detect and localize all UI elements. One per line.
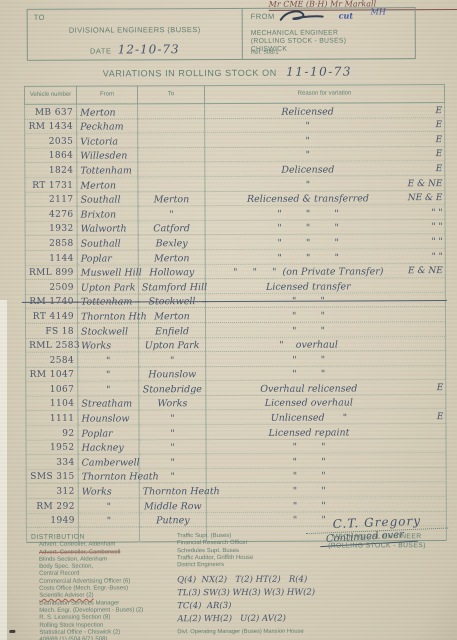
reason-text: " "	[209, 325, 442, 337]
vehicle-number: 2117	[49, 195, 74, 205]
to-cell: "	[170, 428, 174, 439]
document-title: VARIATIONS IN ROLLING STOCK ON 11-10-73	[0, 64, 456, 80]
from-cell: Works	[81, 341, 111, 352]
vehicle-number: 1144	[49, 253, 74, 263]
from-cell: Upton Park	[81, 282, 136, 293]
from-cell: "	[106, 384, 110, 395]
status-code: E	[436, 164, 443, 175]
status-code: " "	[431, 222, 442, 233]
signatory-role: MECHANICAL ENGINEER (ROLLING STOCK - BUS…	[306, 533, 448, 551]
vehicle-number: RT 4149	[33, 312, 74, 322]
addressee: DIVISIONAL ENGINEERS (BUSES)	[28, 25, 242, 35]
vehicle-number: FS 18	[45, 326, 74, 336]
to-cell: Stamford Hill	[142, 282, 207, 293]
from-cell: Tottenham	[81, 297, 133, 308]
reason-text: " "	[210, 485, 443, 497]
to-cell: Bexley	[156, 238, 188, 249]
from-cell: Poplar	[81, 253, 112, 264]
col-header-from: From	[76, 86, 137, 104]
reason-text: " overhaul	[209, 339, 442, 351]
status-code: " "	[432, 252, 443, 263]
vehicle-number: RM 1434	[29, 122, 74, 132]
date-line: DATE 12-10-73	[28, 42, 242, 57]
header-from-cell: FROM MECHANICAL ENGINEER (ROLLING STOCK …	[243, 8, 415, 59]
from-cell: "	[107, 501, 111, 512]
to-cell: Works	[157, 399, 187, 410]
to-cell: Upton Park	[145, 340, 200, 351]
vehicle-number: 92	[62, 428, 74, 438]
from-cell: Camberwell	[82, 457, 140, 468]
header-to-cell: TO DIVISIONAL ENGINEERS (BUSES) DATE 12-…	[28, 9, 243, 60]
vehicle-number: 334	[56, 458, 74, 468]
to-cell: Merton	[154, 253, 190, 264]
col-header-reason: Reason for variation	[204, 85, 444, 104]
vehicle-number: RM 1740	[29, 297, 74, 307]
to-cell: "	[170, 472, 174, 483]
recipient-item: District Engineers	[177, 562, 307, 570]
to-cell: Merton	[154, 311, 190, 322]
status-code: E & NE	[408, 179, 443, 190]
to-cell: Enfield	[155, 326, 189, 337]
to-label: TO	[34, 13, 45, 22]
to-cell: "	[170, 457, 174, 468]
vehicle-number: 2584	[50, 355, 75, 365]
reason-text: " "	[209, 368, 442, 380]
rolling-stock-table: Vehicle number From To Reason for variat…	[24, 84, 447, 543]
vehicle-number: RT 1731	[32, 180, 73, 190]
to-cell: Catford	[153, 224, 190, 235]
signature: C.T. Gregory	[306, 513, 449, 535]
reason-text: Unlicensed "	[209, 412, 442, 424]
from-cell: Poplar	[81, 428, 112, 439]
signature-block: C.T. Gregory MECHANICAL ENGINEER (ROLLIN…	[306, 515, 448, 551]
from-cell: Stockwell	[81, 326, 128, 337]
reason-text: "	[208, 120, 441, 132]
status-code: E	[436, 135, 443, 146]
from-cell: Peckham	[80, 122, 124, 133]
reason-text: " "	[209, 295, 442, 307]
allocation-code-line: AL(2) WH(2) U(2) AV(2)	[177, 613, 307, 627]
reason-text: " "	[210, 441, 443, 453]
from-cell: Merton	[80, 107, 116, 118]
distribution-item: 408/69 (1) (504 6/71 508)	[31, 636, 179, 640]
divl-operating-manager-line: Divl. Operating Manager (Buses) Mansion …	[177, 629, 307, 637]
reason-text: Relicensed	[208, 106, 441, 118]
to-cell: Hounslow	[148, 369, 196, 380]
from-cell: Southall	[81, 238, 121, 249]
to-cell: "	[170, 413, 174, 424]
vehicle-number: RM 1047	[30, 370, 75, 380]
table-header-row: Vehicle number From To Reason for variat…	[24, 85, 444, 105]
date-label: DATE	[90, 47, 111, 56]
from-cell: Hounslow	[81, 413, 129, 424]
vehicle-number: 1932	[49, 224, 74, 234]
vehicle-number: 1824	[49, 166, 74, 176]
vehicle-number: 1864	[49, 151, 74, 161]
reason-text: "	[208, 149, 441, 161]
status-code: E	[435, 106, 442, 117]
status-code: E	[437, 412, 444, 423]
status-code: " "	[431, 208, 442, 219]
vehicle-number: 1111	[50, 414, 75, 424]
from-cell: Streatham	[81, 399, 132, 410]
from-cell: Victoria	[80, 136, 118, 147]
vehicle-number: 312	[56, 487, 74, 497]
to-cell: Stockwell	[148, 296, 195, 307]
scanned-document-page: Mr CME (B·H) Mr Markall cut MH TO DIVISI…	[0, 0, 457, 640]
status-code: E	[437, 383, 444, 394]
status-code: NE & E	[408, 193, 443, 204]
from-cell: Thornton Heath	[82, 472, 159, 483]
vehicle-number: 1952	[50, 443, 75, 453]
signatory-role-line: (ROLLING STOCK - BUSES)	[306, 542, 448, 551]
from-cell: Walworth	[81, 224, 127, 235]
col-header-vehicle: Vehicle number	[24, 86, 76, 104]
reason-text: " "	[209, 354, 442, 366]
reason-text: Licensed overhaul	[209, 398, 442, 410]
vehicle-number: RML 899	[29, 268, 74, 278]
from-cell: Brixton	[81, 209, 117, 220]
to-cell: Holloway	[149, 267, 194, 278]
allocation-code-line: TL(3) SW(3) WH(3) W(3) HW(2)	[177, 587, 307, 601]
to-cell: "	[170, 355, 174, 366]
to-cell: Stonebridge	[143, 384, 202, 395]
title-text: VARIATIONS IN ROLLING STOCK ON	[103, 68, 277, 79]
reason-text: Licensed transfer	[209, 281, 442, 293]
vehicle-number: 1949	[50, 516, 75, 526]
vehicle-number: MB 637	[35, 107, 73, 117]
from-cell: "	[107, 516, 111, 527]
status-code: E	[436, 149, 443, 160]
from-cell: Muswell Hill	[81, 268, 142, 279]
from-cell: Thornton Hth	[81, 311, 147, 322]
garage-allocation-codes: Q(4) NX(2) T(2) HT(2) R(4)TL(3) SW(3) WH…	[177, 574, 307, 627]
from-cell: Merton	[80, 180, 116, 191]
from-cell: Works	[82, 487, 112, 498]
reason-text: " " "	[209, 252, 442, 264]
allocation-code-line: Q(4) NX(2) T(2) HT(2) R(4)	[177, 574, 307, 588]
to-cell: "	[169, 209, 173, 220]
scan-corner-mark	[9, 630, 15, 633]
reason-text: " "	[209, 310, 442, 322]
from-label: FROM	[251, 12, 275, 21]
allocation-code-line: TC(4) AR(3)	[177, 600, 307, 614]
vehicle-number: 1067	[50, 385, 75, 395]
date-value-handwritten: 12-10-73	[118, 42, 180, 56]
from-cell: Tottenham	[80, 165, 132, 176]
reference-number: Ref. 508/1	[251, 50, 279, 56]
vehicle-number: SMS 315	[30, 472, 74, 482]
title-date-handwritten: 11-10-73	[286, 64, 352, 78]
reason-text: "	[208, 135, 441, 147]
reason-text: " " "	[209, 237, 442, 249]
vehicle-number: 2035	[49, 136, 74, 146]
vehicle-number: 4276	[49, 209, 74, 219]
reason-text: Licensed repaint	[209, 427, 442, 439]
status-code: E	[436, 120, 443, 131]
vehicle-number: 2858	[49, 239, 74, 249]
reason-text: " "	[210, 471, 443, 483]
reason-text: " " "	[209, 208, 442, 220]
middle-footer-column: Traffic Supt. (Buses)Financial Research …	[177, 533, 307, 637]
pen-scribble-icon	[279, 9, 325, 28]
distribution-title: DISTRIBUTION	[31, 533, 179, 541]
from-cell: Willesden	[80, 151, 127, 162]
col-header-to: To	[137, 86, 204, 104]
status-code: E & NE	[408, 266, 443, 277]
vehicle-number: RM 292	[36, 501, 74, 511]
to-cell: "	[170, 442, 174, 453]
reason-text: Delicensed	[208, 164, 441, 176]
from-cell: Southall	[80, 195, 120, 206]
from-cell: "	[106, 355, 110, 366]
from-cell: Hackney	[82, 443, 124, 454]
distribution-list: DISTRIBUTION Advert. Controller, Aldenha…	[31, 533, 179, 640]
from-cell: "	[106, 370, 110, 381]
to-cell: Merton	[154, 194, 190, 205]
vehicle-number: 1104	[50, 399, 75, 409]
to-cell: Middle Row	[144, 501, 202, 512]
reason-text: " " "	[209, 222, 442, 234]
to-cell: Putney	[156, 515, 189, 526]
reason-text: " "	[210, 456, 443, 468]
vehicle-number: RML 2583	[29, 341, 80, 351]
status-code: " "	[431, 237, 442, 248]
header-box: TO DIVISIONAL ENGINEERS (BUSES) DATE 12-…	[27, 7, 416, 61]
vehicle-number: 2509	[49, 282, 74, 292]
reason-text: " "	[210, 500, 443, 512]
reason-text: Overhaul relicensed	[209, 383, 442, 395]
